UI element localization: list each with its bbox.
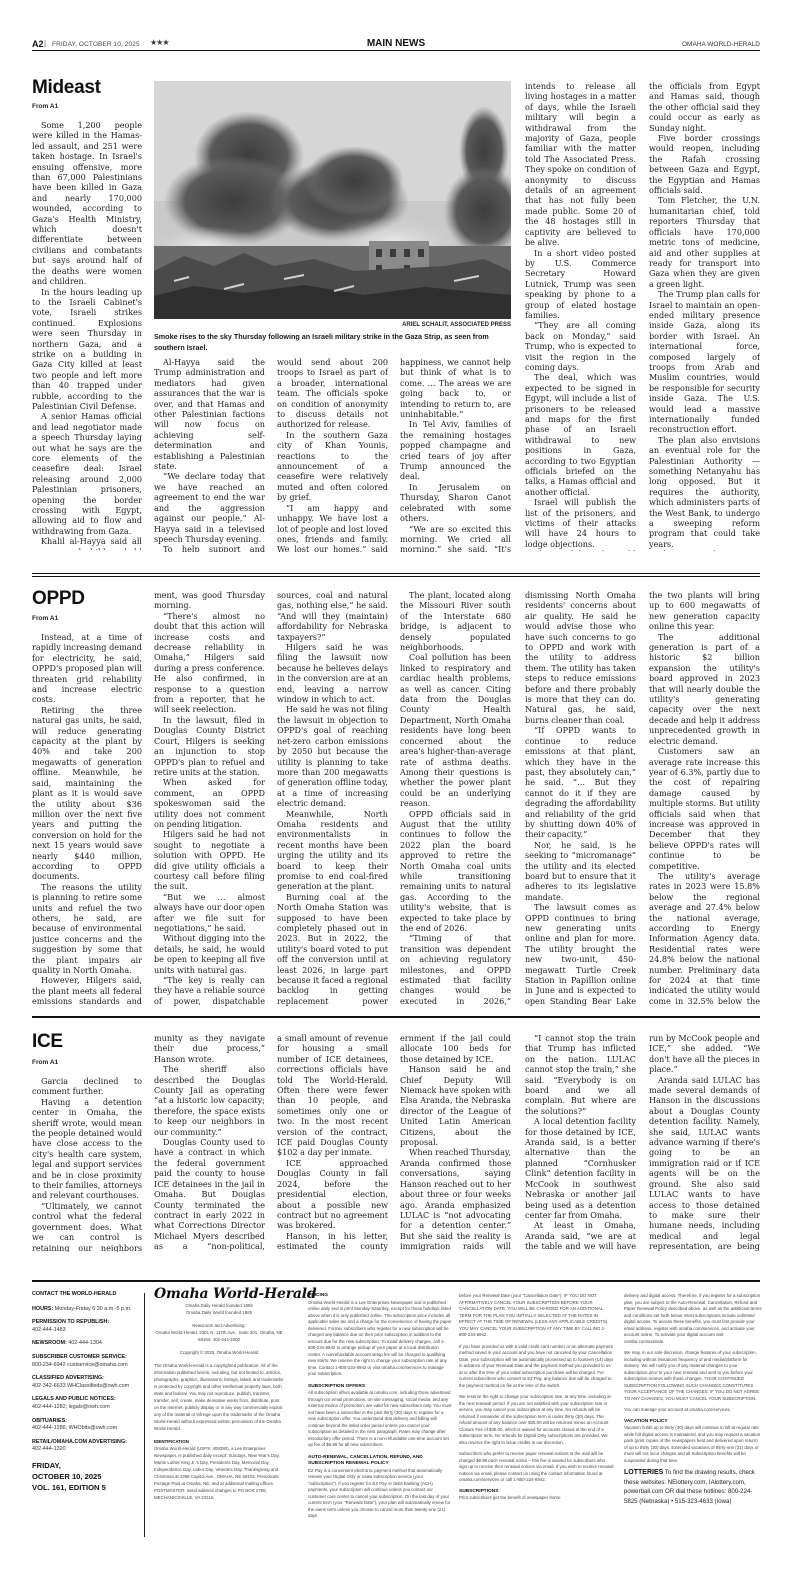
paragraph: Aranda said LULAC has made several deman… — [649, 1075, 760, 1252]
footer-divider — [144, 1293, 145, 1537]
paragraph: “We are so excited this morning. We crie… — [400, 524, 511, 553]
renewal-text: EZ Pay is a convenient electronic paymen… — [308, 1468, 452, 1520]
offers-text: All subscription offers available at oma… — [308, 1390, 452, 1449]
paragraph: ICE approached Douglas County in fall 20… — [277, 1158, 388, 1231]
paragraph: Israel will publish the list of the pris… — [525, 497, 636, 549]
paragraph: munity as they navigate their due proces… — [154, 1033, 265, 1064]
smoke-over-rubble-image — [154, 81, 511, 319]
jump-line: From A1 — [32, 615, 58, 622]
paragraph: The plan also envisions an eventual role… — [649, 435, 760, 549]
paragraph: happiness, we cannot help but think of w… — [400, 357, 511, 419]
contact-hours: HOURS: Monday-Friday 6:30 a.m.-5 p.m. — [32, 1306, 132, 1314]
story-column: sources, coal and natural gas, nothing e… — [277, 590, 388, 1006]
contact-title: CONTACT THE WORLD-HERALD — [32, 1291, 132, 1299]
paragraph: The deal, which was expected to be signe… — [525, 372, 636, 497]
paragraph: “We declare today that we have reached a… — [154, 471, 265, 544]
paragraph: the officials from Egypt and Hamas said,… — [649, 81, 760, 133]
paragraph: Meanwhile, North Omaha residents and env… — [277, 809, 388, 892]
story-mideast: Mideast From A1 Some 1,200 people were k… — [32, 75, 760, 555]
renewal-text: before your Renewal Date (your “Cancella… — [459, 1293, 614, 1339]
story-headline: ICE — [32, 1031, 63, 1053]
contact-classified: CLASSIFIED ADVERTISING:402-342-6633 WHCl… — [32, 1375, 132, 1390]
paragraph: intends to release all living hostages i… — [525, 81, 636, 248]
paragraph: “The key is really can they have a relia… — [154, 975, 265, 1006]
section-divider — [32, 1016, 760, 1018]
paragraph: A senior Hamas official and lead negotia… — [32, 411, 142, 536]
paragraph: A local detention facility for those det… — [525, 1116, 636, 1220]
paragraph: OPPD officials said in August that the u… — [400, 809, 511, 934]
paragraph: Douglas County used to have a contract i… — [154, 1137, 265, 1252]
story-column: munity as they navigate their due proces… — [154, 1033, 265, 1252]
pricing-text: Omaha World-Herald is a Lee Enterprises … — [308, 1300, 452, 1378]
newsroom-address: Omaha World-Herald, 2301 N. 117th Ave., … — [154, 1329, 284, 1343]
contact-obituaries: OBITUARIES:402-444-1286; WHObits@owh.com — [32, 1418, 132, 1433]
page-folio: A2 | FRIDAY, OCTOBER 10, 2025 ★★★ MAIN N… — [32, 37, 760, 51]
story-column: intends to release all living hostages i… — [525, 81, 636, 551]
story-column: ernment if the jail could allocate 100 b… — [400, 1033, 511, 1252]
contact-republish: PERMISSION TO REPUBLISH:402-444-1483 — [32, 1319, 132, 1334]
paragraph: Retiring the three natural gas units, he… — [32, 705, 142, 882]
paragraph: The plant, located along the Missouri Ri… — [400, 590, 511, 652]
subscriptions-text: Print subscribers get the benefit of new… — [459, 1495, 614, 1502]
story-column: Garcia declined to comment further. Havi… — [32, 1076, 142, 1252]
contact-retail-advertising: RETAIL/OMAHA.COM ADVERTISING: 402-444-13… — [32, 1439, 132, 1454]
paragraph: To help support and monitor the ceasefir… — [154, 544, 265, 552]
renewal-text: We reserve the right to change your subs… — [459, 1394, 614, 1446]
paragraph: Hanson, in his letter, estimated the cou… — [277, 1231, 388, 1252]
edition-dateline: FRIDAY, OCTOBER 10, 2025 VOL. 161, EDITI… — [32, 1460, 132, 1493]
story-column: run by McCook people and ICE,” she added… — [649, 1033, 760, 1252]
vacation-text: Vacation holds up to thirty (30) days wi… — [624, 1425, 762, 1464]
paragraph: Instead, at a time of rapidly increasing… — [32, 632, 142, 705]
paragraph: The lawsuit comes as OPPD continues to b… — [525, 902, 636, 1006]
jump-line: From A1 — [32, 103, 58, 110]
paragraph: The additional generation is part of a h… — [649, 632, 760, 746]
paragraph: Without digging into the details, he sai… — [154, 933, 265, 975]
copyright: Copyright © 2025, Omaha World-Herald — [154, 1349, 284, 1356]
paragraph: Garcia declined to comment further. — [32, 1076, 142, 1097]
paragraph: Coal pollution has been linked to respir… — [400, 652, 511, 808]
paragraph: ment, was good Thursday morning. — [154, 590, 265, 611]
identification-text: Omaha World-Herald (USPS: 408280), a Lee… — [154, 1445, 284, 1501]
paragraph: In the hours leading up to the Israeli C… — [32, 287, 142, 412]
story-column: Al-Hayya said the Trump administration a… — [154, 357, 265, 552]
paragraph: sources, coal and natural gas, nothing e… — [277, 590, 388, 642]
paragraph: The withdrawal could start as soon as Th… — [525, 549, 636, 551]
paragraph: The sheriff also described the Douglas C… — [154, 1064, 265, 1137]
paragraph: Hilgers said he had not sought to negoti… — [154, 829, 265, 891]
lotteries-heading: LOTTERIES — [624, 1469, 663, 1476]
paragraph: In Jerusalem on Thursday, Sharon Canot c… — [400, 482, 511, 524]
photo-credit: ARIEL SCHALIT, ASSOCIATED PRESS — [154, 322, 511, 328]
paragraph: the two plants will bring up to 600 mega… — [649, 590, 760, 632]
paragraph: Customers saw an average rate increase t… — [649, 746, 760, 871]
paragraph: In the southern Gaza city of Khan Younis… — [277, 430, 388, 503]
paragraph: He said he was not filing the lawsuit in… — [277, 704, 388, 808]
paragraph: In the lawsuit, filed in Douglas County … — [154, 715, 265, 777]
pricing-box: PRICING Omaha World-Herald is a Lee Ente… — [308, 1293, 452, 1520]
paragraph: However, Hilgers said, the plant meets a… — [32, 975, 142, 1006]
story-column: dismissing North Omaha residents' concer… — [525, 590, 636, 1006]
story-column: a small amount of revenue for housing a … — [277, 1033, 388, 1252]
newsroom-label: Newsroom and Advertising: — [154, 1322, 284, 1329]
jump-line: From A1 — [32, 1059, 58, 1066]
paragraph: Nor, he said, is he seeking to “microman… — [525, 840, 636, 902]
founded-line: Omaha Daily Herald founded 1865 — [154, 1302, 284, 1309]
section-divider — [32, 573, 760, 577]
story-column: Some 1,200 people were killed in the Ham… — [32, 120, 142, 550]
paragraph: The Trump plan calls for Israel to maint… — [649, 289, 760, 435]
section-divider — [32, 1280, 760, 1282]
paragraph: “There's almost no doubt that this actio… — [154, 611, 265, 715]
delivery-text: We may, in our sole discretion, change f… — [624, 1350, 762, 1402]
paragraph: “Timing of that transition was dependent… — [400, 933, 511, 1006]
paragraph: would send about 200 troops to Israel as… — [277, 357, 388, 430]
masthead-box: Omaha World-Herald Omaha Daily Herald fo… — [154, 1291, 284, 1501]
story-headline: OPPD — [32, 588, 85, 610]
paragraph: “I am happy and unhappy. We have lost a … — [277, 503, 388, 552]
story-column: happiness, we cannot help but think of w… — [400, 357, 511, 552]
story-column: the two plants will bring up to 600 mega… — [649, 590, 760, 1006]
section-name: MAIN NEWS — [32, 38, 760, 49]
paragraph: dismissing North Omaha residents' concer… — [525, 590, 636, 725]
paragraph: “But we … almost always have our door op… — [154, 892, 265, 934]
paragraph: Khalil al-Hayya said all women and child… — [32, 536, 142, 550]
paragraph: “Ultimately, we cannot control what the … — [32, 1201, 142, 1252]
paragraph: Burning coal at the North Omaha Station … — [277, 892, 388, 1006]
paragraph: “If OPPD wants to continue to reduce emi… — [525, 725, 636, 839]
lotteries-box: LOTTERIES To find the drawing results, c… — [624, 1468, 762, 1506]
identification-heading: IDENTIFICATION — [154, 1438, 284, 1445]
paragraph: In Tel Aviv, families of the remaining h… — [400, 419, 511, 481]
contact-box: CONTACT THE WORLD-HERALD HOURS: Monday-F… — [32, 1291, 132, 1493]
contact-subscriber-service: SUBSCRIBER CUSTOMER SERVICE: 800-234-694… — [32, 1354, 132, 1369]
story-column: ment, was good Thursday morning. “There'… — [154, 590, 265, 1006]
contact-newsroom: NEWSROOM: 402-444-1304 — [32, 1340, 132, 1348]
founded-line: Omaha Daily World founded 1885 — [154, 1309, 284, 1316]
story-column: would send about 200 troops to Israel as… — [277, 357, 388, 552]
paragraph: In a short video posted by U.S. Commerce… — [525, 248, 636, 321]
paragraph: ernment if the jail could allocate 100 b… — [400, 1033, 511, 1064]
renewal-text: Subscribers who prefer to receive paper … — [459, 1451, 614, 1484]
renewal-text: If you have provided us with a valid cre… — [459, 1344, 614, 1390]
paragraph: When asked for comment, an OPPD spokeswo… — [154, 777, 265, 829]
paragraph: Having a detention center in Omaha, the … — [32, 1097, 142, 1201]
story-oppd: OPPD From A1 Instead, at a time of rapid… — [32, 588, 760, 1008]
story-column: “I cannot stop the train that Trump has … — [525, 1033, 636, 1252]
paragraph: When reached Thursday, Aranda confirmed … — [400, 1147, 511, 1252]
paragraph: At least in Omaha, Aranda said, “we are … — [525, 1220, 636, 1252]
delivery-box: delivery and digital access. Therefore, … — [624, 1293, 762, 1506]
paragraph: a small amount of revenue for housing a … — [277, 1033, 388, 1158]
renewal-policy-box: before your Renewal Date (your “Cancella… — [459, 1293, 614, 1502]
rights-notice: The Omaha World-Herald is a copyrighted … — [154, 1362, 284, 1432]
paragraph: The reasons the utility is planning to r… — [32, 882, 142, 976]
news-photo[interactable] — [154, 81, 511, 319]
paragraph: “They are all coming back on Monday,” sa… — [525, 320, 636, 372]
publication-name: OMAHA WORLD-HERALD — [682, 41, 760, 48]
paragraph: Hanson said he and Chief Deputy Will Nie… — [400, 1064, 511, 1147]
delivery-text: delivery and digital access. Therefore, … — [624, 1293, 762, 1345]
renewal-heading: AUTO-RENEWAL, CANCELLATION, REFUND, AND … — [308, 1455, 452, 1468]
paragraph: Hilgers said he was filing the lawsuit n… — [277, 642, 388, 704]
story-headline: Mideast — [32, 77, 101, 99]
paragraph: Five border crossings would reopen, incl… — [649, 133, 760, 195]
paragraph: The Trump plan is even more vague about … — [649, 549, 760, 551]
paragraph: Al-Hayya said the Trump administration a… — [154, 357, 265, 471]
photo-caption: Smoke rises to the sky Thursday followin… — [154, 331, 511, 353]
story-column: Instead, at a time of rapidly increasing… — [32, 632, 142, 1006]
paragraph: run by McCook people and ICE,” she added… — [649, 1033, 760, 1075]
story-column: the officials from Egypt and Hamas said,… — [649, 81, 760, 551]
contact-legals: LEGALS AND PUBLIC NOTICES:402-444-1282; … — [32, 1396, 132, 1411]
paragraph: “I cannot stop the train that Trump has … — [525, 1033, 636, 1116]
story-column: The plant, located along the Missouri Ri… — [400, 590, 511, 1006]
paragraph: Tom Fletcher, the U.N. humanitarian chie… — [649, 195, 760, 289]
paragraph: Some 1,200 people were killed in the Ham… — [32, 120, 142, 287]
paragraph: The utility's average rates in 2023 were… — [649, 871, 760, 1006]
newspaper-logo: Omaha World-Herald — [154, 1291, 284, 1298]
delivery-text: You can manage your account at omaha.com… — [624, 1407, 762, 1414]
story-ice: ICE From A1 Garcia declined to comment f… — [32, 1031, 760, 1253]
